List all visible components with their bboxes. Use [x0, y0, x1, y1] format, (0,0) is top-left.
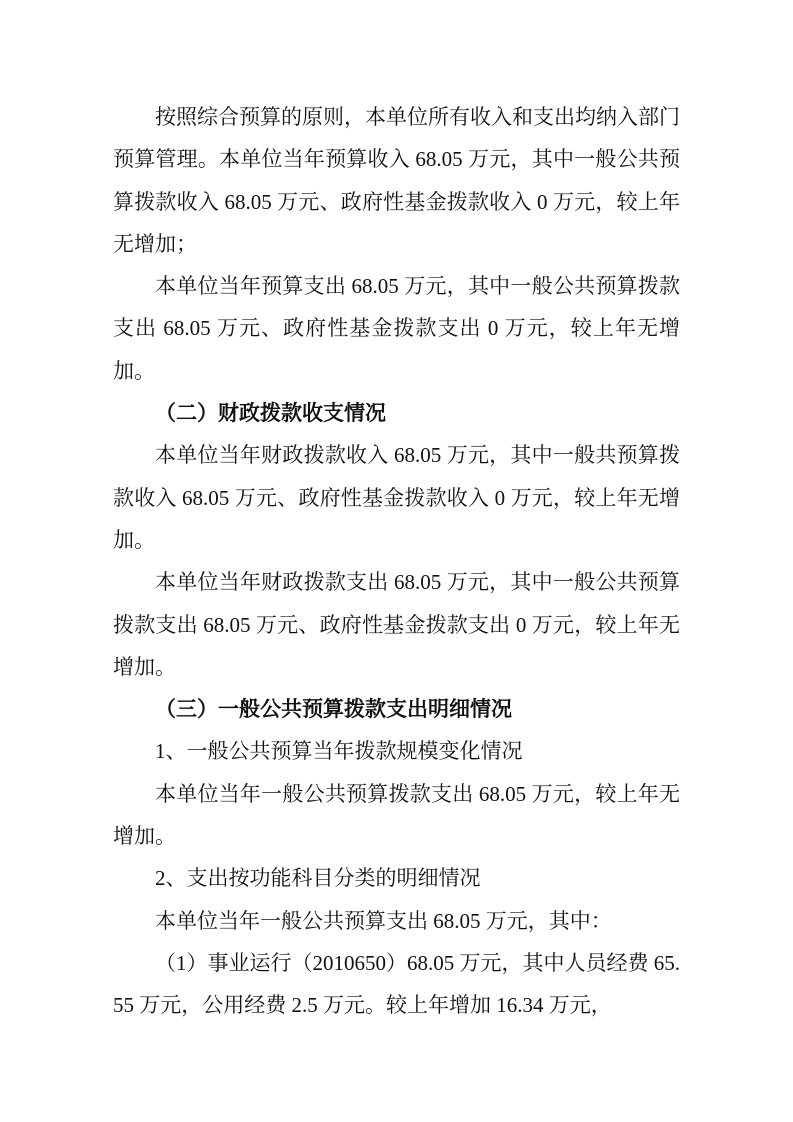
- paragraph-budget-expenditure: 本单位当年预算支出 68.05 万元，其中一般公共预算拨款支出 68.05 万元…: [113, 265, 680, 392]
- paragraph-budget-principle: 按照综合预算的原则，本单位所有收入和支出均纳入部门预算管理。本单位当年预算收入 …: [113, 96, 680, 265]
- document-page: 按照综合预算的原则，本单位所有收入和支出均纳入部门预算管理。本单位当年预算收入 …: [0, 0, 793, 1122]
- paragraph-fiscal-expenditure: 本单位当年财政拨款支出 68.05 万元，其中一般公共预算拨款支出 68.05 …: [113, 561, 680, 688]
- section-heading-public-budget-detail: （三）一般公共预算拨款支出明细情况: [113, 688, 680, 730]
- paragraph-operation-item: （1）事业运行（2010650）68.05 万元，其中人员经费 65.55 万元…: [113, 942, 680, 1027]
- paragraph-public-budget-expenditure: 本单位当年一般公共预算拨款支出 68.05 万元，较上年无增加。: [113, 773, 680, 858]
- paragraph-public-budget-total: 本单位当年一般公共预算支出 68.05 万元，其中：: [113, 900, 680, 942]
- paragraph-fiscal-income: 本单位当年财政拨款收入 68.05 万元，其中一般共预算拨款收入 68.05 万…: [113, 434, 680, 561]
- section-heading-fiscal-appropriation: （二）财政拨款收支情况: [113, 392, 680, 434]
- subheading-scale-change: 1、一般公共预算当年拨款规模变化情况: [113, 730, 680, 772]
- subheading-function-classification: 2、支出按功能科目分类的明细情况: [113, 857, 680, 899]
